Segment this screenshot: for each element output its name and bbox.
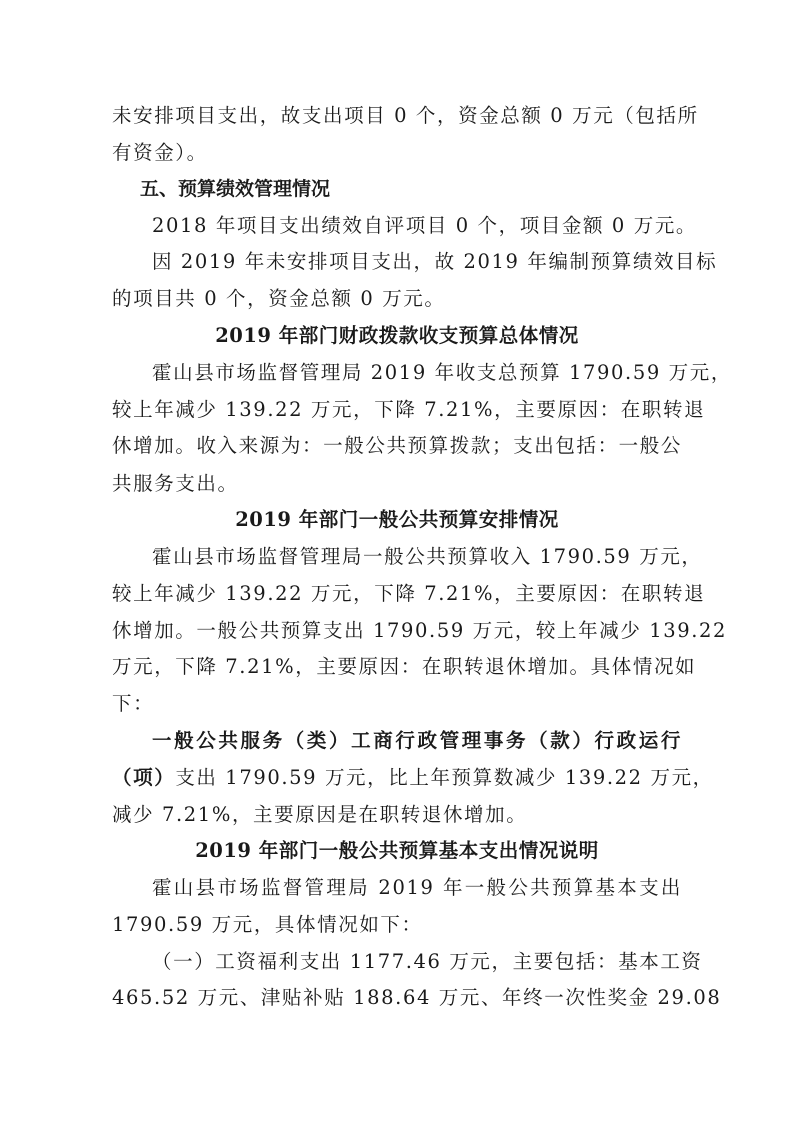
paragraph-line: 霍山县市场监督管理局 2019 年一般公共预算基本支出 xyxy=(152,876,682,900)
section-title: 2019 年部门一般公共预算安排情况 xyxy=(112,508,682,532)
paragraph-line: 减少 7.21%，主要原因是在职转退休增加。 xyxy=(112,803,682,827)
paragraph-line: 1790.59 万元，具体情况如下： xyxy=(112,913,682,937)
section-title: 2019 年部门财政拨款收支预算总体情况 xyxy=(112,324,682,348)
section-title: 2019 年部门一般公共预算基本支出情况说明 xyxy=(112,839,682,863)
paragraph-line: 休增加。收入来源为：一般公共预算拨款；支出包括：一般公 xyxy=(112,434,682,458)
paragraph-line: 较上年减少 139.22 万元，下降 7.21%，主要原因：在职转退 xyxy=(112,398,682,422)
paragraph-line: 较上年减少 139.22 万元，下降 7.21%，主要原因：在职转退 xyxy=(112,582,682,606)
paragraph-line: 未安排项目支出，故支出项目 0 个，资金总额 0 万元（包括所 xyxy=(112,104,682,128)
paragraph-line: （一）工资福利支出 1177.46 万元，主要包括：基本工资 xyxy=(152,950,682,974)
paragraph-line: 465.52 万元、津贴补贴 188.64 万元、年终一次性奖金 29.08 xyxy=(112,986,682,1010)
bold-lead-line: 一般公共服务（类）工商行政管理事务（款）行政运行 xyxy=(152,729,682,753)
paragraph-line: 下： xyxy=(112,692,682,716)
paragraph-text: 支出 1790.59 万元，比上年预算数减少 139.22 万元， xyxy=(175,766,713,790)
paragraph-line: （项） 支出 1790.59 万元，比上年预算数减少 139.22 万元， xyxy=(112,766,682,790)
paragraph-line: 休增加。一般公共预算支出 1790.59 万元，较上年减少 139.22 xyxy=(112,619,682,643)
paragraph-line: 万元，下降 7.21%，主要原因：在职转退休增加。具体情况如 xyxy=(112,655,682,679)
paragraph-line: 霍山县市场监督管理局一般公共预算收入 1790.59 万元， xyxy=(152,545,682,569)
paragraph-line: 有资金）。 xyxy=(112,141,682,165)
section-heading: 五、预算绩效管理情况 xyxy=(140,177,710,201)
paragraph-line: 共服务支出。 xyxy=(112,472,682,496)
paragraph-line: 的项目共 0 个，资金总额 0 万元。 xyxy=(112,287,682,311)
document-page: 未安排项目支出，故支出项目 0 个，资金总额 0 万元（包括所 有资金）。 五、… xyxy=(0,0,793,1122)
paragraph-line: 因 2019 年未安排项目支出，故 2019 年编制预算绩效目标 xyxy=(152,250,682,274)
paragraph-line: 2018 年项目支出绩效自评项目 0 个，项目金额 0 万元。 xyxy=(152,214,682,238)
paragraph-line: 霍山县市场监督管理局 2019 年收支总预算 1790.59 万元， xyxy=(152,361,682,385)
bold-lead-suffix: （项） xyxy=(112,766,175,790)
